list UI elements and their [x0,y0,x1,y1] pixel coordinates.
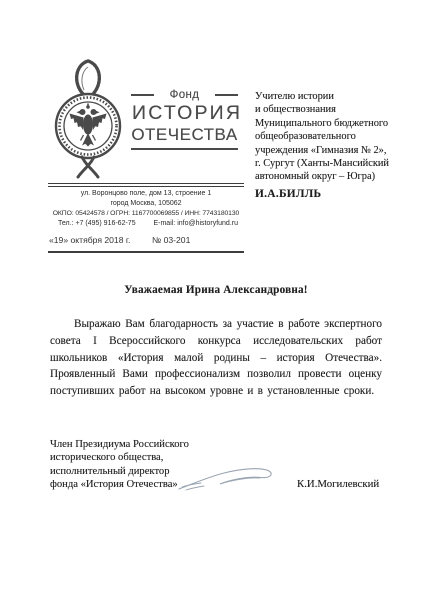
phone-email-row: Тел.: +7 (495) 916-62-75 E-mail: info@hi… [48,219,244,229]
signature-autograph [176,464,280,492]
brand-underline [131,148,238,150]
signer-title-line: исторического общества, [50,451,382,464]
addressee-line: Муниципального бюджетного [255,117,415,130]
handwritten-signature-icon [176,464,280,492]
brand-title-line2: ОТЕЧЕСТВА [131,125,238,144]
addressee-line: Учителю истории [255,90,415,103]
recipient-name: И.А.БИЛЛЬ [255,188,321,200]
fond-dash-right [215,94,238,96]
fond-row: Фонд [131,89,238,101]
contacts-block: ул. Воронцово поле, дом 13, строение 1 г… [48,183,244,253]
letter-number: № 03-201 [152,235,190,245]
fond-dash-left [131,94,154,96]
letter-page: Фонд ИСТОРИЯ ОТЕЧЕСТВА Учителю истории и… [0,0,424,599]
letter-body-paragraph: Выражаю Вам благодарность за участие в р… [50,316,382,400]
phone-label: Тел.: +7 (495) 916-62-75 [58,219,136,229]
registry-line: ОКПО: 05424578 / ОГРН: 1167700069855 / И… [48,209,244,219]
email-label: E-mail: info@historyfund.ru [153,219,238,229]
brand-title-line1: ИСТОРИЯ [132,103,238,124]
letter-body-column: Уважаемая Ирина Александровна! Выражаю В… [50,284,382,400]
brand-wordmark: Фонд ИСТОРИЯ ОТЕЧЕСТВА [131,89,238,150]
double-rule [48,183,244,187]
addressee-line: и обществознания [255,103,415,116]
single-rule [48,251,244,253]
addressee-line: общеобразовательного [255,130,415,143]
signer-title-line: Член Президиума Российского [50,438,382,451]
addressee-line: учреждения «Гимназия № 2», [255,144,415,157]
signature-block: Член Президиума Российского историческог… [50,438,382,498]
reference-row: «19» октября 2018 г. № 03-201 [48,235,244,247]
addressee-line: автономный округ – Югра) [255,170,415,183]
signer-name: К.И.Могилевский [297,478,379,491]
fond-label: Фонд [170,89,200,101]
double-headed-eagle-seal-icon [46,57,130,181]
foundation-seal-emblem [46,57,130,181]
address-line-2: город Москва, 105062 [48,199,244,209]
addressee-block: Учителю истории и обществознания Муницип… [255,90,415,184]
address-line-1: ул. Воронцово поле, дом 13, строение 1 [48,189,244,199]
salutation: Уважаемая Ирина Александровна! [50,284,382,296]
addressee-line: г. Сургут (Ханты-Мансийский [255,157,415,170]
letter-date: «19» октября 2018 г. [49,235,130,245]
